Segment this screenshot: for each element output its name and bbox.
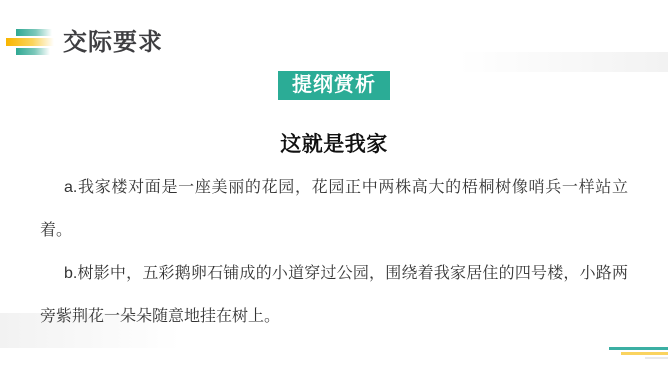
- body-text: a.我家楼对面是一座美丽的花园，花园正中两株高大的梧桐树像哨兵一样站立着。 b.…: [40, 166, 628, 338]
- stripe-yellow-middle: [6, 38, 54, 46]
- gradient-band-top-right: [458, 52, 668, 72]
- accent-line-gray: [645, 357, 668, 359]
- paragraph-a: a.我家楼对面是一座美丽的花园，花园正中两株高大的梧桐树像哨兵一样站立着。: [40, 166, 628, 252]
- stripes-icon: [0, 0, 60, 60]
- section-badge: 提纲赏析: [278, 71, 390, 100]
- accent-line-teal: [609, 347, 668, 350]
- paragraph-b: b.树影中，五彩鹅卵石铺成的小道穿过公园，围绕着我家居住的四号楼，小路两旁紫荆花…: [40, 252, 628, 338]
- stripe-teal-top: [16, 29, 52, 36]
- slide-title: 交际要求: [63, 22, 163, 57]
- accent-line-yellow: [621, 352, 668, 355]
- stripe-teal-bottom: [16, 48, 50, 55]
- content-heading: 这就是我家: [0, 128, 668, 158]
- presentation-slide: 交际要求 提纲赏析 这就是我家 a.我家楼对面是一座美丽的花园，花园正中两株高大…: [0, 0, 668, 376]
